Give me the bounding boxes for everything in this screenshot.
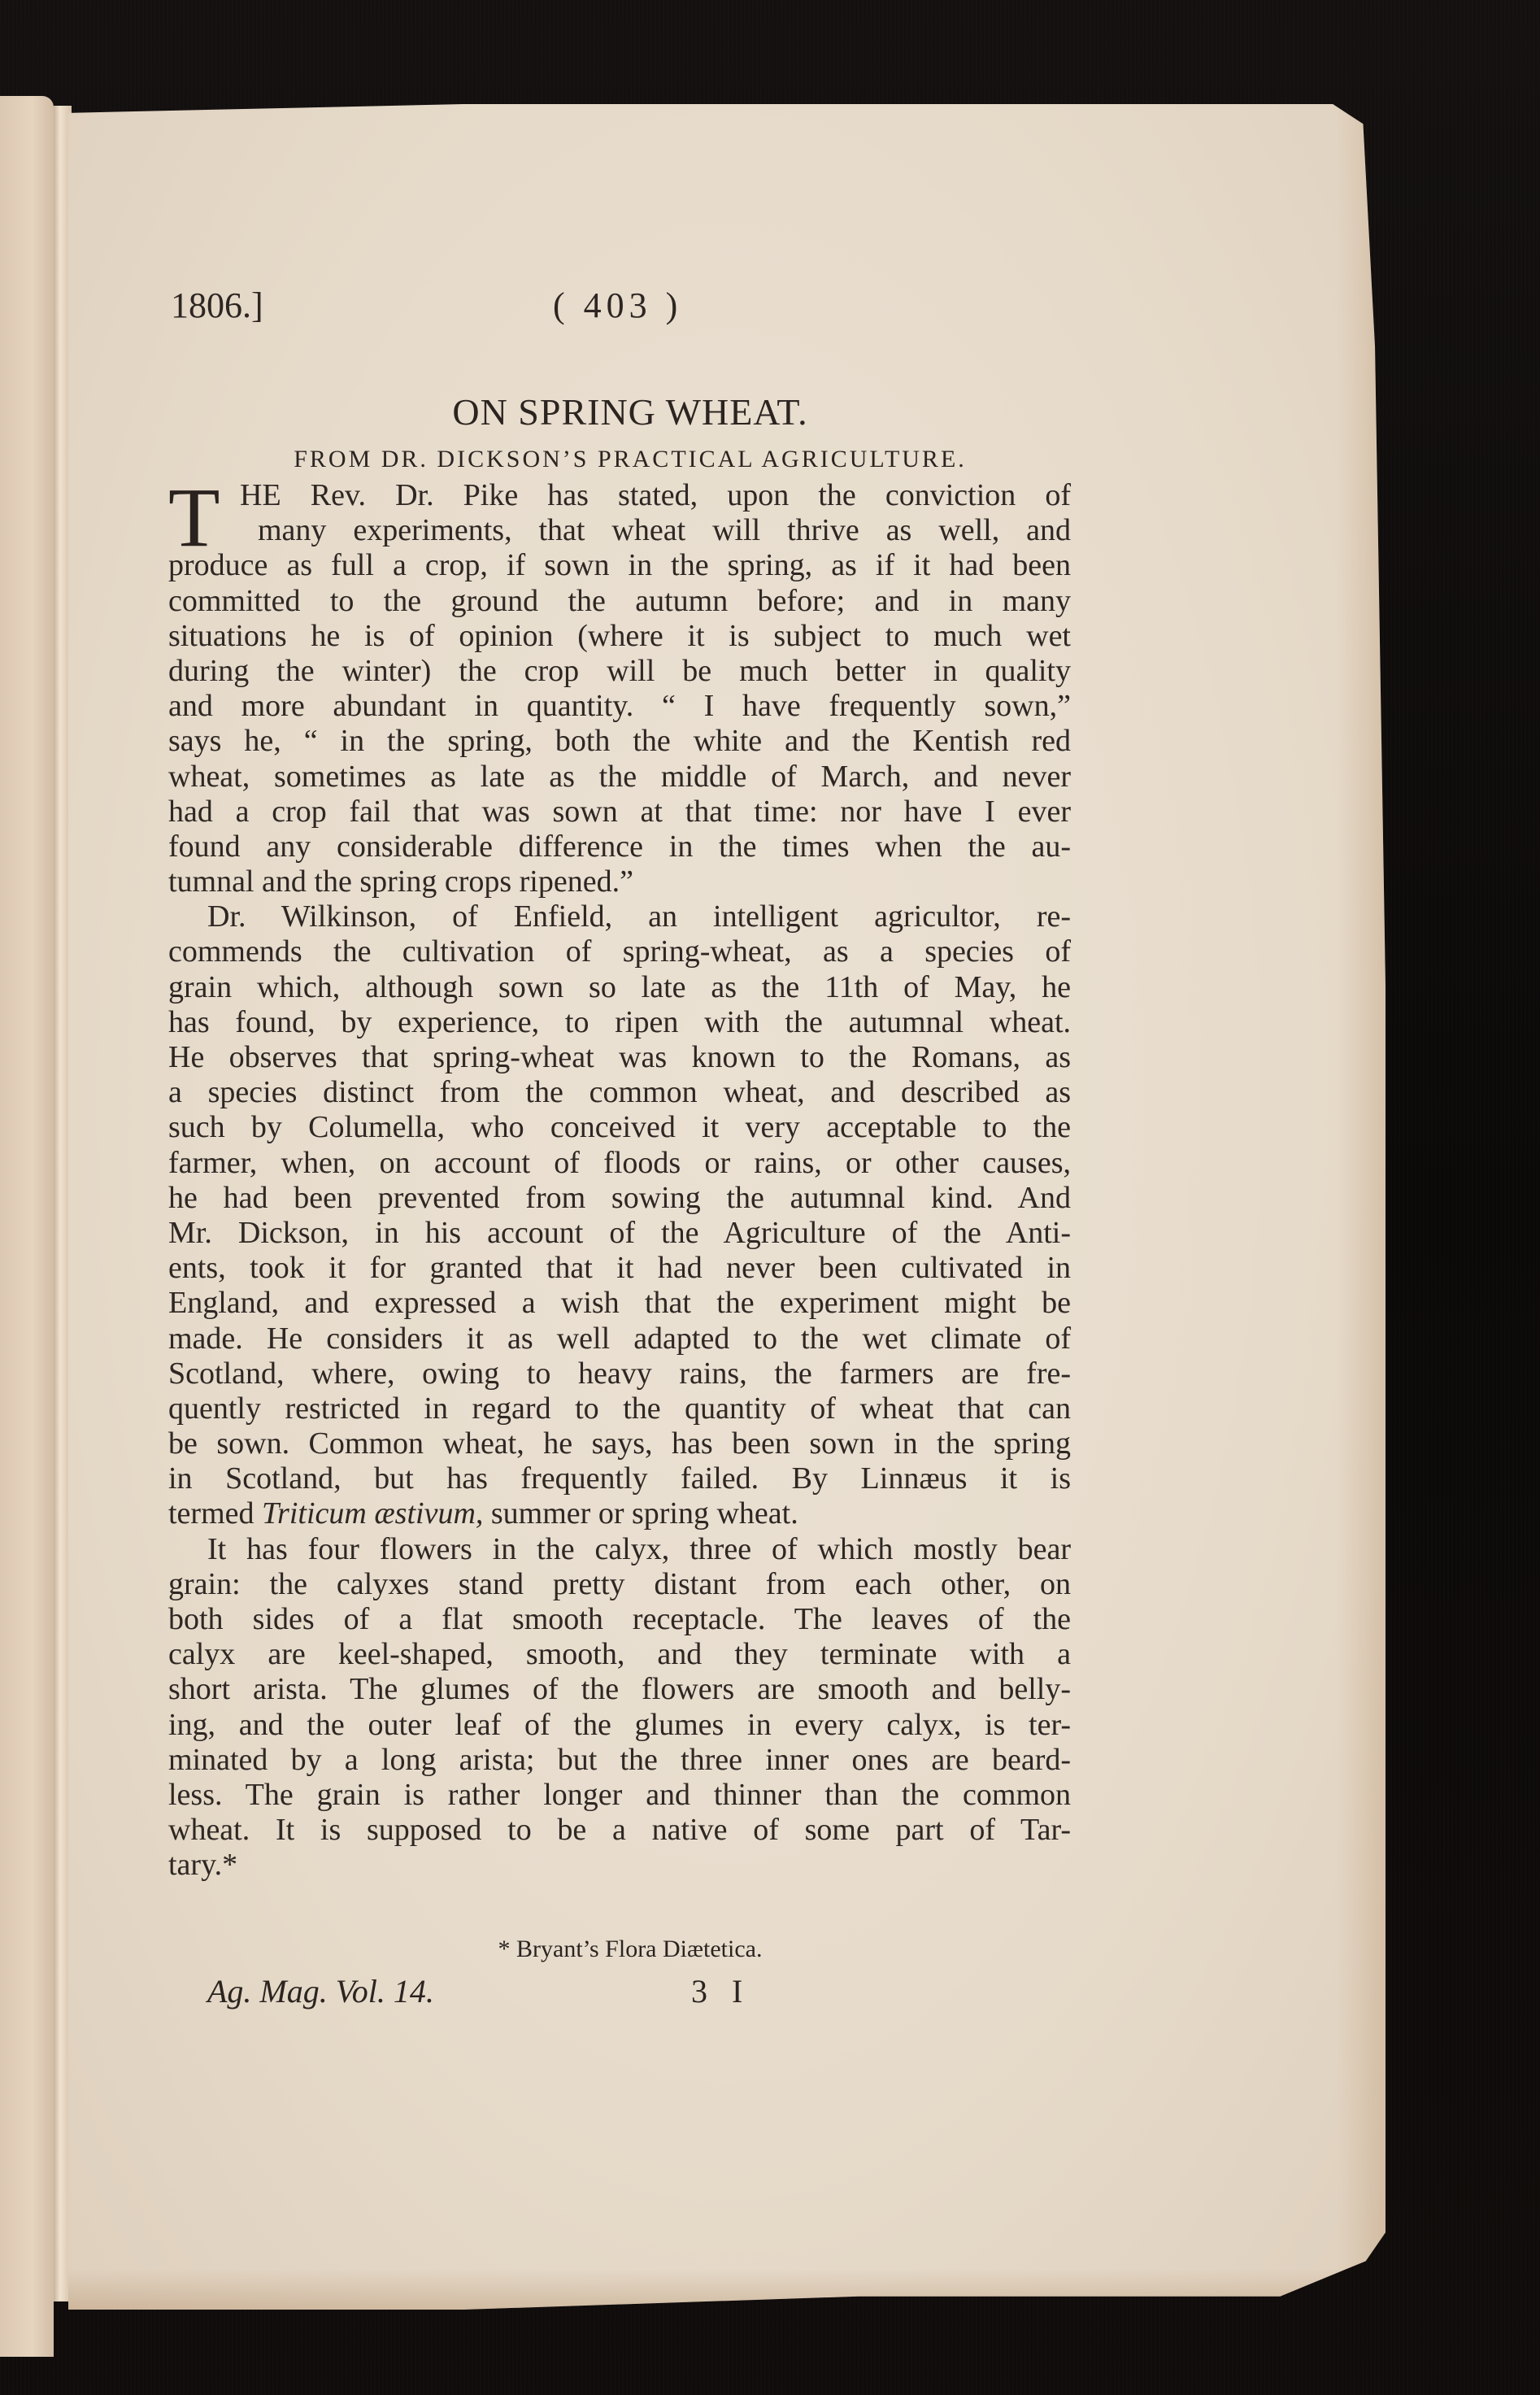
body-line: be sown. Common wheat, he says, has been… — [168, 1426, 1071, 1461]
body-line: commends the cultivation of spring-wheat… — [168, 934, 1071, 969]
body-line: HE Rev. Dr. Pike has stated, upon the co… — [168, 478, 1071, 513]
body-line: Mr. Dickson, in his account of the Agric… — [168, 1216, 1071, 1251]
header-year: 1806.] — [171, 285, 263, 326]
body-line: such by Columella, who conceived it very… — [168, 1110, 1071, 1145]
article-source: FROM DR. DICKSON’S PRACTICAL AGRICULTURE… — [163, 446, 1098, 473]
article-title: ON SPRING WHEAT. — [163, 390, 1098, 433]
body-line: made. He considers it as well adapted to… — [168, 1322, 1071, 1356]
body-line: grain: the calyxes stand pretty distant … — [168, 1567, 1071, 1602]
body-line: found any considerable difference in the… — [168, 830, 1071, 864]
body-line: has found, by experience, to ripen with … — [168, 1005, 1071, 1040]
body-line: It has four flowers in the calyx, three … — [168, 1532, 1071, 1567]
page-number: ( 403 ) — [553, 285, 682, 326]
body-text-fragment: termed — [168, 1496, 262, 1531]
footnote: * Bryant’s Flora Diætetica. — [163, 1936, 1098, 1963]
body-line: farmer, when, on account of floods or ra… — [168, 1146, 1071, 1181]
drop-cap: T — [168, 481, 220, 555]
body-line: tary.* — [168, 1848, 1071, 1883]
body-line: ents, took it for granted that it had ne… — [168, 1251, 1071, 1286]
body-line: produce as full a crop, if sown in the s… — [168, 548, 1071, 583]
volume-reference: Ag. Mag. Vol. 14. — [207, 1972, 434, 2010]
body-line: wheat. It is supposed to be a native of … — [168, 1813, 1071, 1848]
body-line: during the winter) the crop will be much… — [168, 654, 1071, 689]
body-line: had a crop fail that was sown at that ti… — [168, 795, 1071, 830]
body-line: and more abundant in quantity. “ I have … — [168, 689, 1071, 724]
body-line: many experiments, that wheat will thrive… — [168, 513, 1071, 548]
article-body: T HE Rev. Dr. Pike has stated, upon the … — [168, 478, 1071, 1883]
body-line: situations he is of opinion (where it is… — [168, 619, 1071, 654]
printer-signature: 3 I — [691, 1972, 750, 2010]
body-line: quently restricted in regard to the quan… — [168, 1391, 1071, 1426]
body-line: grain which, although sown so late as th… — [168, 970, 1071, 1005]
body-line: says he, “ in the spring, both the white… — [168, 724, 1071, 759]
body-line: short arista. The glumes of the flowers … — [168, 1672, 1071, 1707]
body-line: in Scotland, but has frequently failed. … — [168, 1461, 1071, 1496]
running-head: 1806.] ( 403 ) — [171, 285, 1098, 333]
body-line: England, and expressed a wish that the e… — [168, 1286, 1071, 1321]
body-line: he had been prevented from sowing the au… — [168, 1181, 1071, 1216]
body-line: He observes that spring-wheat was known … — [168, 1040, 1071, 1075]
body-line: a species distinct from the common wheat… — [168, 1075, 1071, 1110]
body-line: calyx are keel-shaped, smooth, and they … — [168, 1637, 1071, 1672]
body-text-fragment: summer or spring wheat. — [483, 1496, 798, 1531]
body-line: both sides of a flat smooth receptacle. … — [168, 1602, 1071, 1637]
body-line: Dr. Wilkinson, of Enfield, an intelligen… — [168, 899, 1071, 934]
body-line-latin-name: termed Triticum æstivum, summer or sprin… — [168, 1496, 1071, 1531]
body-line: tumnal and the spring crops ripened.” — [168, 864, 1071, 899]
body-line: minated by a long arista; but the three … — [168, 1743, 1071, 1778]
body-line: committed to the ground the autumn befor… — [168, 584, 1071, 619]
previous-pages-edge — [0, 96, 54, 2357]
body-line: Scotland, where, owing to heavy rains, t… — [168, 1356, 1071, 1391]
body-line: ing, and the outer leaf of the glumes in… — [168, 1708, 1071, 1743]
signature-line: Ag. Mag. Vol. 14. 3 I — [207, 1972, 858, 2013]
body-line: less. The grain is rather longer and thi… — [168, 1778, 1071, 1813]
latin-species-name: Triticum æstivum, — [262, 1496, 483, 1531]
body-line: wheat, sometimes as late as the middle o… — [168, 760, 1071, 795]
